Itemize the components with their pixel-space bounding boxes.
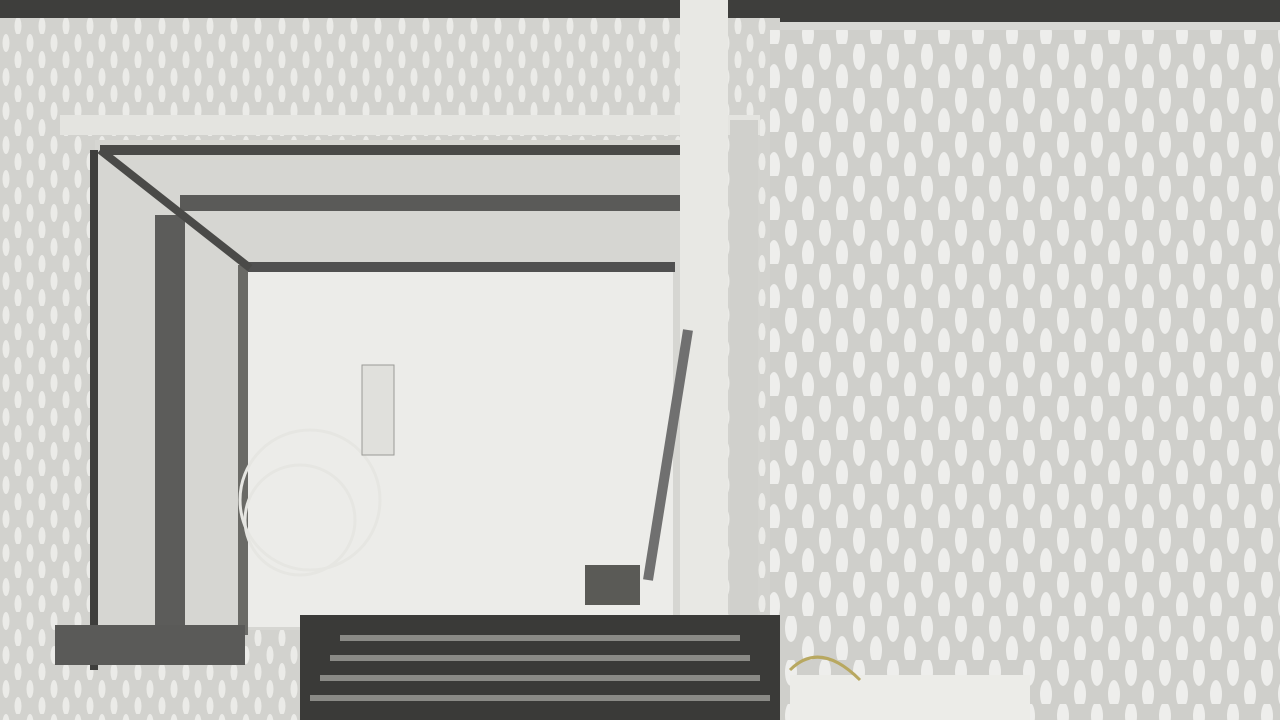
right-mesh [770,30,1280,720]
photo-render [0,0,1280,720]
frosted-ladder-cage-photo [0,0,1280,720]
ladder-floor [300,615,780,720]
